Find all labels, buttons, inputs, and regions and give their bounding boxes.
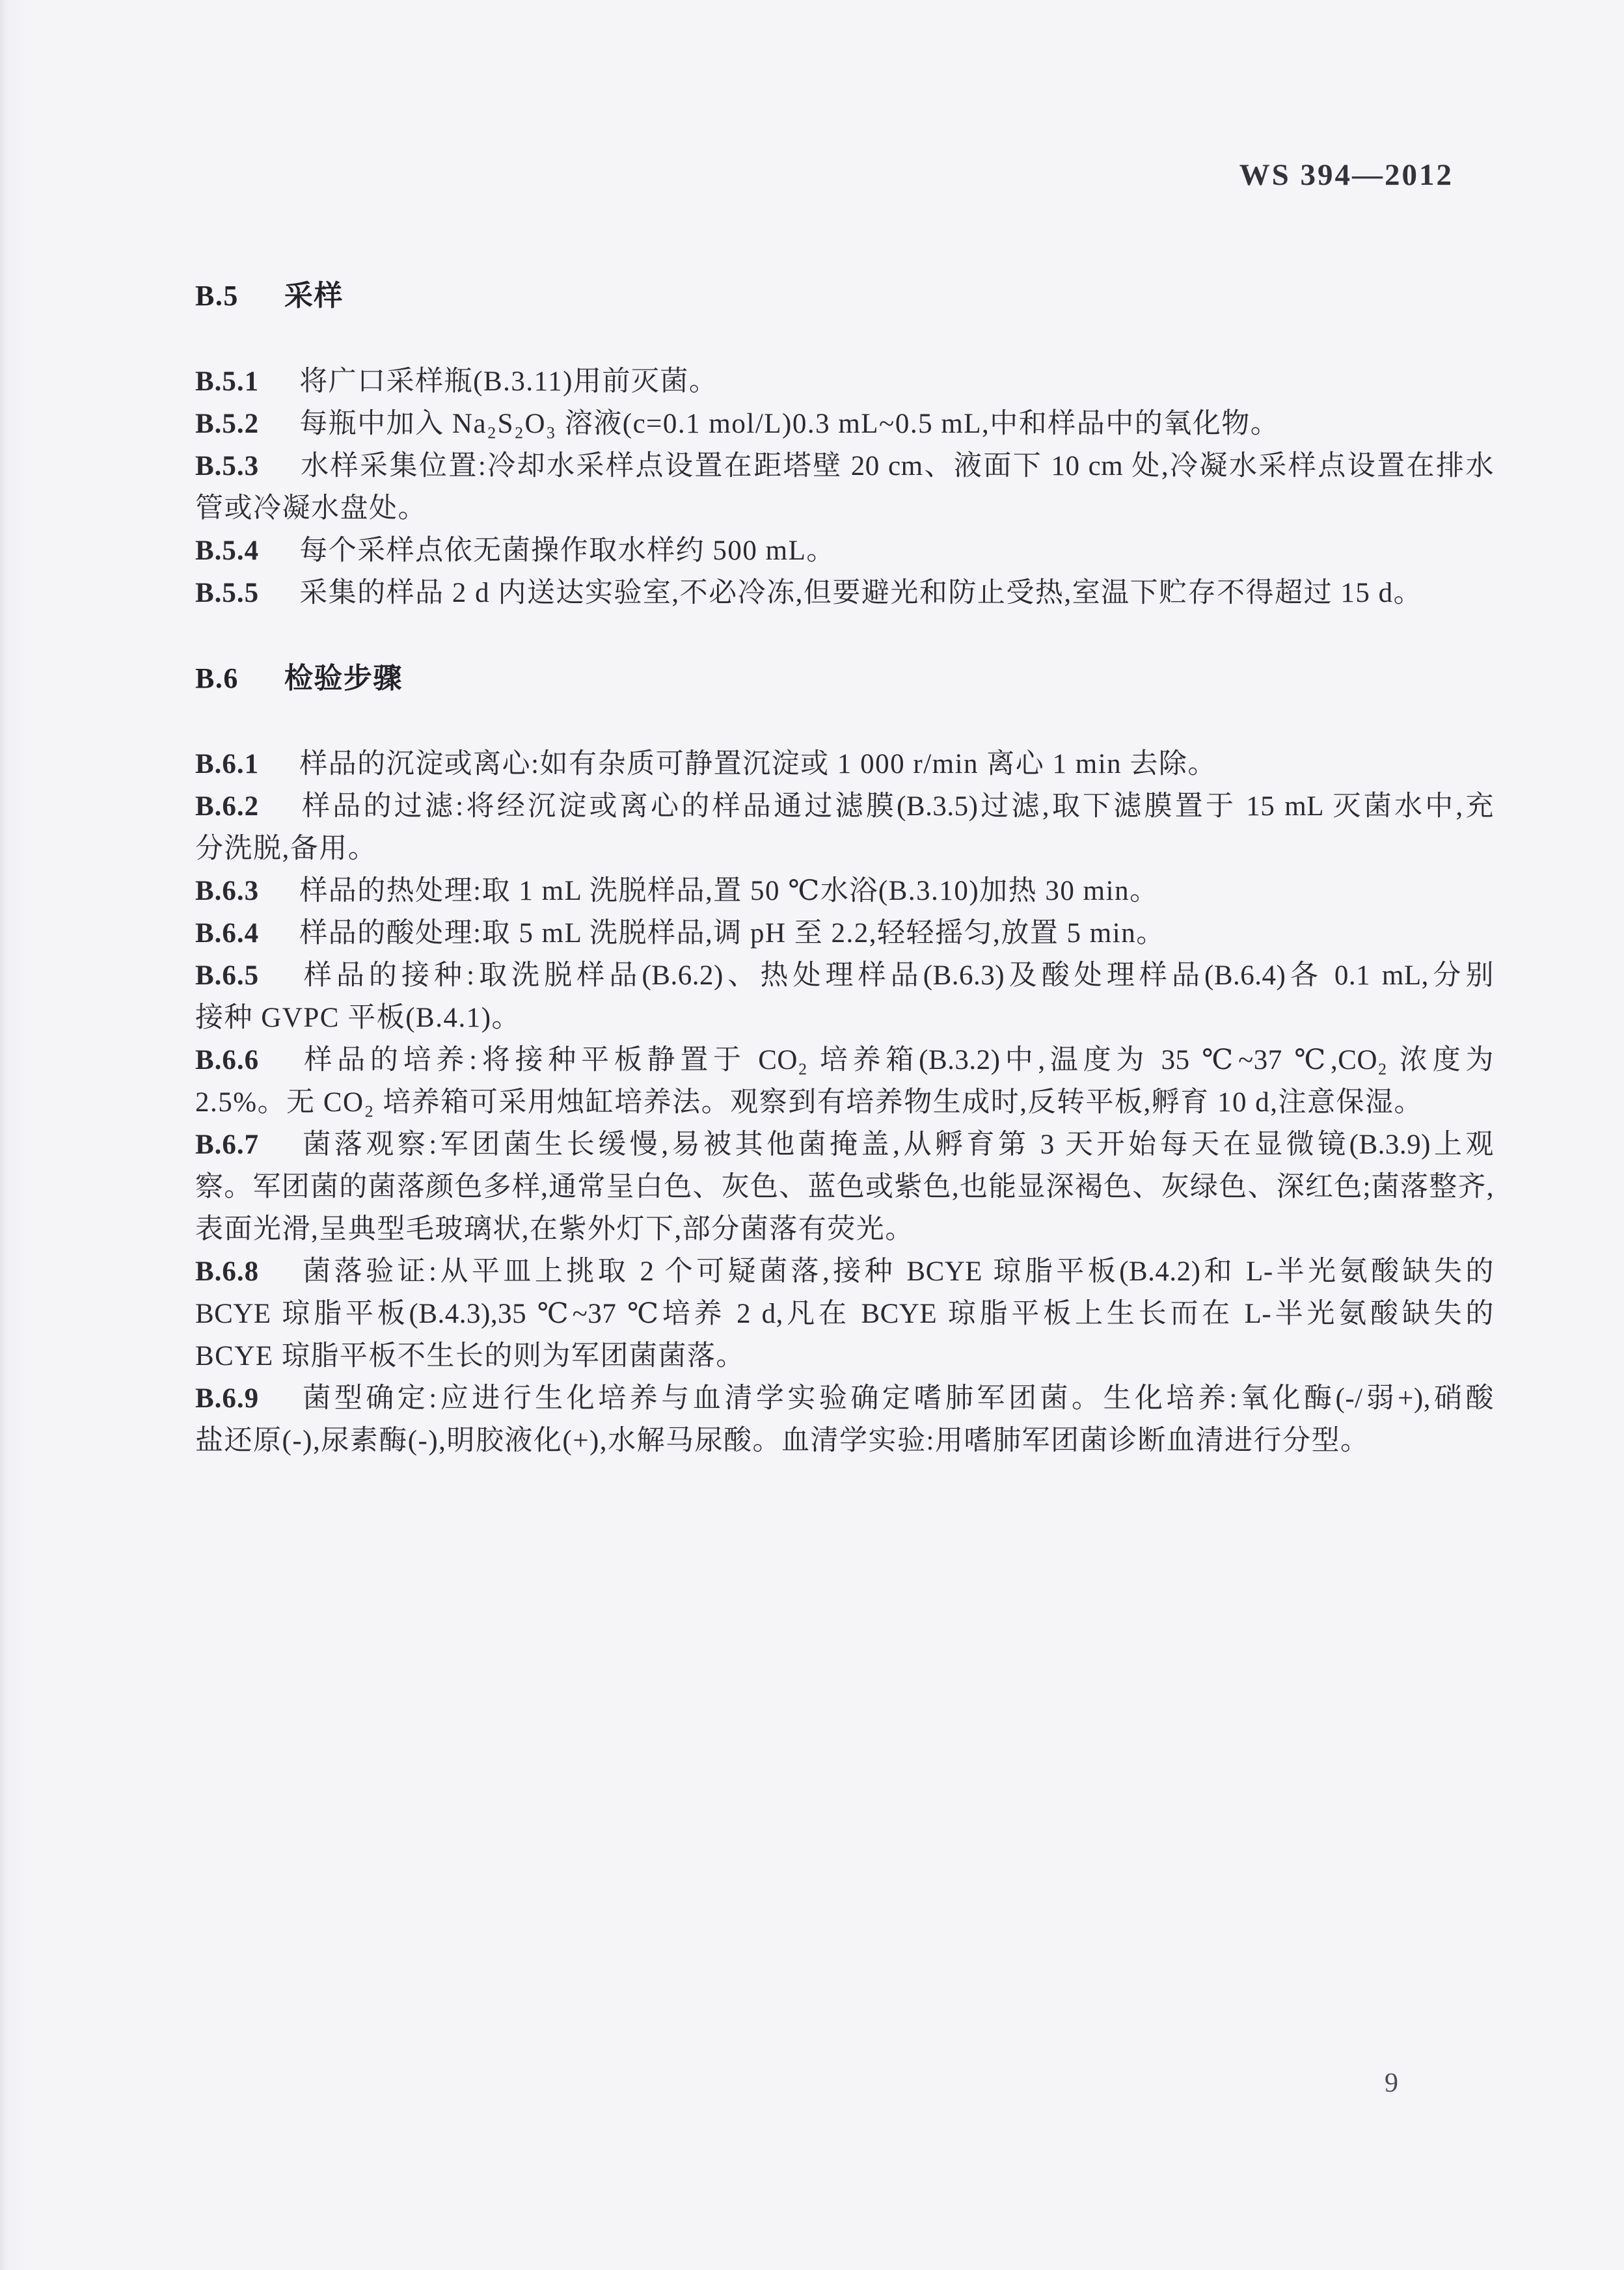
clause-number: B.5.3 (195, 451, 259, 481)
clause-number: B.6.5 (195, 960, 259, 991)
standard-number: WS 394—2012 (1239, 157, 1454, 193)
clause-text: 样品的培养:将接种平板静置于 CO₂ 培养箱(B.3.2)中,温度为 35 ℃~… (299, 1045, 1494, 1075)
clause-number: B.6.7 (195, 1129, 259, 1160)
clause-number: B.6.3 (195, 876, 259, 906)
section-heading-number: B.6 (195, 662, 239, 694)
clause-number: B.5.1 (195, 366, 259, 397)
clause-text: 样品的沉淀或离心:如有杂质可静置沉淀或 1 000 r/min 离心 1 min… (299, 749, 1217, 779)
clause-text: 每瓶中加入 Na₂S₂O₃ 溶液(c=0.1 mol/L)0.3 mL~0.5 … (299, 409, 1279, 439)
clause-text: BCYE 琼脂平板不生长的则为军团菌菌落。 (195, 1341, 745, 1371)
clause-number: B.5.2 (195, 409, 259, 439)
clause-text: 菌型确定:应进行生化培养与血清学实验确定嗜肺军团菌。生化培养:氧化酶(-/弱+)… (299, 1383, 1494, 1414)
clause-text: 菌落验证:从平皿上挑取 2 个可疑菌落,接种 BCYE 琼脂平板(B.4.2)和… (299, 1256, 1494, 1287)
page-number: 9 (1385, 2068, 1399, 2099)
section-heading-title: 检验步骤 (284, 662, 403, 694)
clause-text: 样品的热处理:取 1 mL 洗脱样品,置 50 ℃水浴(B.3.10)加热 30… (299, 876, 1158, 906)
clause-number: B.6.8 (195, 1256, 259, 1287)
clause-line: B.5.1将广口采样瓶(B.3.11)用前灭菌。 (195, 361, 1494, 403)
clause-line: B.6.9菌型确定:应进行生化培养与血清学实验确定嗜肺军团菌。生化培养:氧化酶(… (195, 1378, 1494, 1420)
clause-text: 菌落观察:军团菌生长缓慢,易被其他菌掩盖,从孵育第 3 天开始每天在显微镜(B.… (299, 1129, 1494, 1160)
clause-text: BCYE 琼脂平板(B.4.3),35 ℃~37 ℃培养 2 d,凡在 BCYE… (195, 1299, 1494, 1329)
clause-line: B.5.5采集的样品 2 d 内送达实验室,不必冷冻,但要避光和防止受热,室温下… (195, 573, 1494, 614)
clause-line: 分洗脱,备用。 (195, 828, 1494, 870)
clause-text: 样品的接种:取洗脱样品(B.6.2)、热处理样品(B.6.3)及酸处理样品(B.… (299, 960, 1494, 991)
clause-text: 接种 GVPC 平板(B.4.1)。 (195, 1003, 521, 1033)
clause-line: B.6.3样品的热处理:取 1 mL 洗脱样品,置 50 ℃水浴(B.3.10)… (195, 871, 1494, 912)
clause-text: 样品的酸处理:取 5 mL 洗脱样品,调 pH 至 2.2,轻轻摇匀,放置 5 … (299, 918, 1165, 949)
clause-line: B.6.7菌落观察:军团菌生长缓慢,易被其他菌掩盖,从孵育第 3 天开始每天在显… (195, 1124, 1494, 1166)
clause-text: 表面光滑,呈典型毛玻璃状,在紫外灯下,部分菌落有荧光。 (195, 1214, 914, 1245)
clause-number: B.5.5 (195, 578, 259, 608)
clause-line: B.6.6样品的培养:将接种平板静置于 CO₂ 培养箱(B.3.2)中,温度为 … (195, 1040, 1494, 1081)
clause-line: B.6.5样品的接种:取洗脱样品(B.6.2)、热处理样品(B.6.3)及酸处理… (195, 955, 1494, 997)
clause-number: B.6.1 (195, 749, 259, 779)
clause-line: B.5.3水样采集位置:冷却水采样点设置在距塔壁 20 cm、液面下 10 cm… (195, 446, 1494, 487)
clause-line: 2.5%。无 CO₂ 培养箱可采用烛缸培养法。观察到有培养物生成时,反转平板,孵… (195, 1082, 1494, 1124)
clause-line: B.5.4每个采样点依无菌操作取水样约 500 mL。 (195, 530, 1494, 572)
clause-line: BCYE 琼脂平板不生长的则为军团菌菌落。 (195, 1336, 1494, 1377)
clause-line: BCYE 琼脂平板(B.4.3),35 ℃~37 ℃培养 2 d,凡在 BCYE… (195, 1293, 1494, 1335)
clause-number: B.6.2 (195, 791, 259, 822)
clause-line: B.6.2样品的过滤:将经沉淀或离心的样品通过滤膜(B.3.5)过滤,取下滤膜置… (195, 786, 1494, 828)
clause-line: B.6.1样品的沉淀或离心:如有杂质可静置沉淀或 1 000 r/min 离心 … (195, 744, 1494, 785)
clause-text: 盐还原(-),尿素酶(-),明胶液化(+),水解马尿酸。血清学实验:用嗜肺军团菌… (195, 1426, 1370, 1456)
clause-text: 管或冷凝水盘处。 (195, 493, 427, 524)
clause-text: 采集的样品 2 d 内送达实验室,不必冷冻,但要避光和防止受热,室温下贮存不得超… (299, 578, 1422, 608)
clause-number: B.6.9 (195, 1383, 259, 1414)
section-heading: B.6检验步骤 (195, 658, 1494, 699)
clause-line: 察。军团菌的菌落颜色多样,通常呈白色、灰色、蓝色或紫色,也能显深褐色、灰绿色、深… (195, 1167, 1494, 1208)
clause-text: 水样采集位置:冷却水采样点设置在距塔壁 20 cm、液面下 10 cm 处,冷凝… (299, 451, 1494, 481)
clause-number: B.6.6 (195, 1045, 259, 1075)
clause-number: B.6.4 (195, 918, 259, 949)
section-heading-number: B.5 (195, 280, 239, 312)
clause-line: B.5.2每瓶中加入 Na₂S₂O₃ 溶液(c=0.1 mol/L)0.3 mL… (195, 403, 1494, 445)
document-page: WS 394—2012 B.5采样B.5.1将广口采样瓶(B.3.11)用前灭菌… (0, 0, 1624, 2270)
clause-line: 接种 GVPC 平板(B.4.1)。 (195, 997, 1494, 1039)
clause-text: 2.5%。无 CO₂ 培养箱可采用烛缸培养法。观察到有培养物生成时,反转平板,孵… (195, 1087, 1423, 1118)
section-heading: B.5采样 (195, 275, 1494, 317)
clause-text: 察。军团菌的菌落颜色多样,通常呈白色、灰色、蓝色或紫色,也能显深褐色、灰绿色、深… (195, 1172, 1494, 1202)
clause-text: 分洗脱,备用。 (195, 833, 377, 864)
clause-line: 盐还原(-),尿素酶(-),明胶液化(+),水解马尿酸。血清学实验:用嗜肺军团菌… (195, 1420, 1494, 1462)
clause-number: B.5.4 (195, 535, 259, 566)
clause-text: 将广口采样瓶(B.3.11)用前灭菌。 (299, 366, 718, 397)
clause-line: 管或冷凝水盘处。 (195, 488, 1494, 530)
clause-text: 样品的过滤:将经沉淀或离心的样品通过滤膜(B.3.5)过滤,取下滤膜置于 15 … (299, 791, 1494, 822)
clause-text: 每个采样点依无菌操作取水样约 500 mL。 (299, 535, 835, 566)
clause-line: B.6.4样品的酸处理:取 5 mL 洗脱样品,调 pH 至 2.2,轻轻摇匀,… (195, 913, 1494, 954)
section-heading-title: 采样 (284, 280, 344, 312)
clause-line: B.6.8菌落验证:从平皿上挑取 2 个可疑菌落,接种 BCYE 琼脂平板(B.… (195, 1251, 1494, 1293)
clause-line: 表面光滑,呈典型毛玻璃状,在紫外灯下,部分菌落有荧光。 (195, 1209, 1494, 1250)
